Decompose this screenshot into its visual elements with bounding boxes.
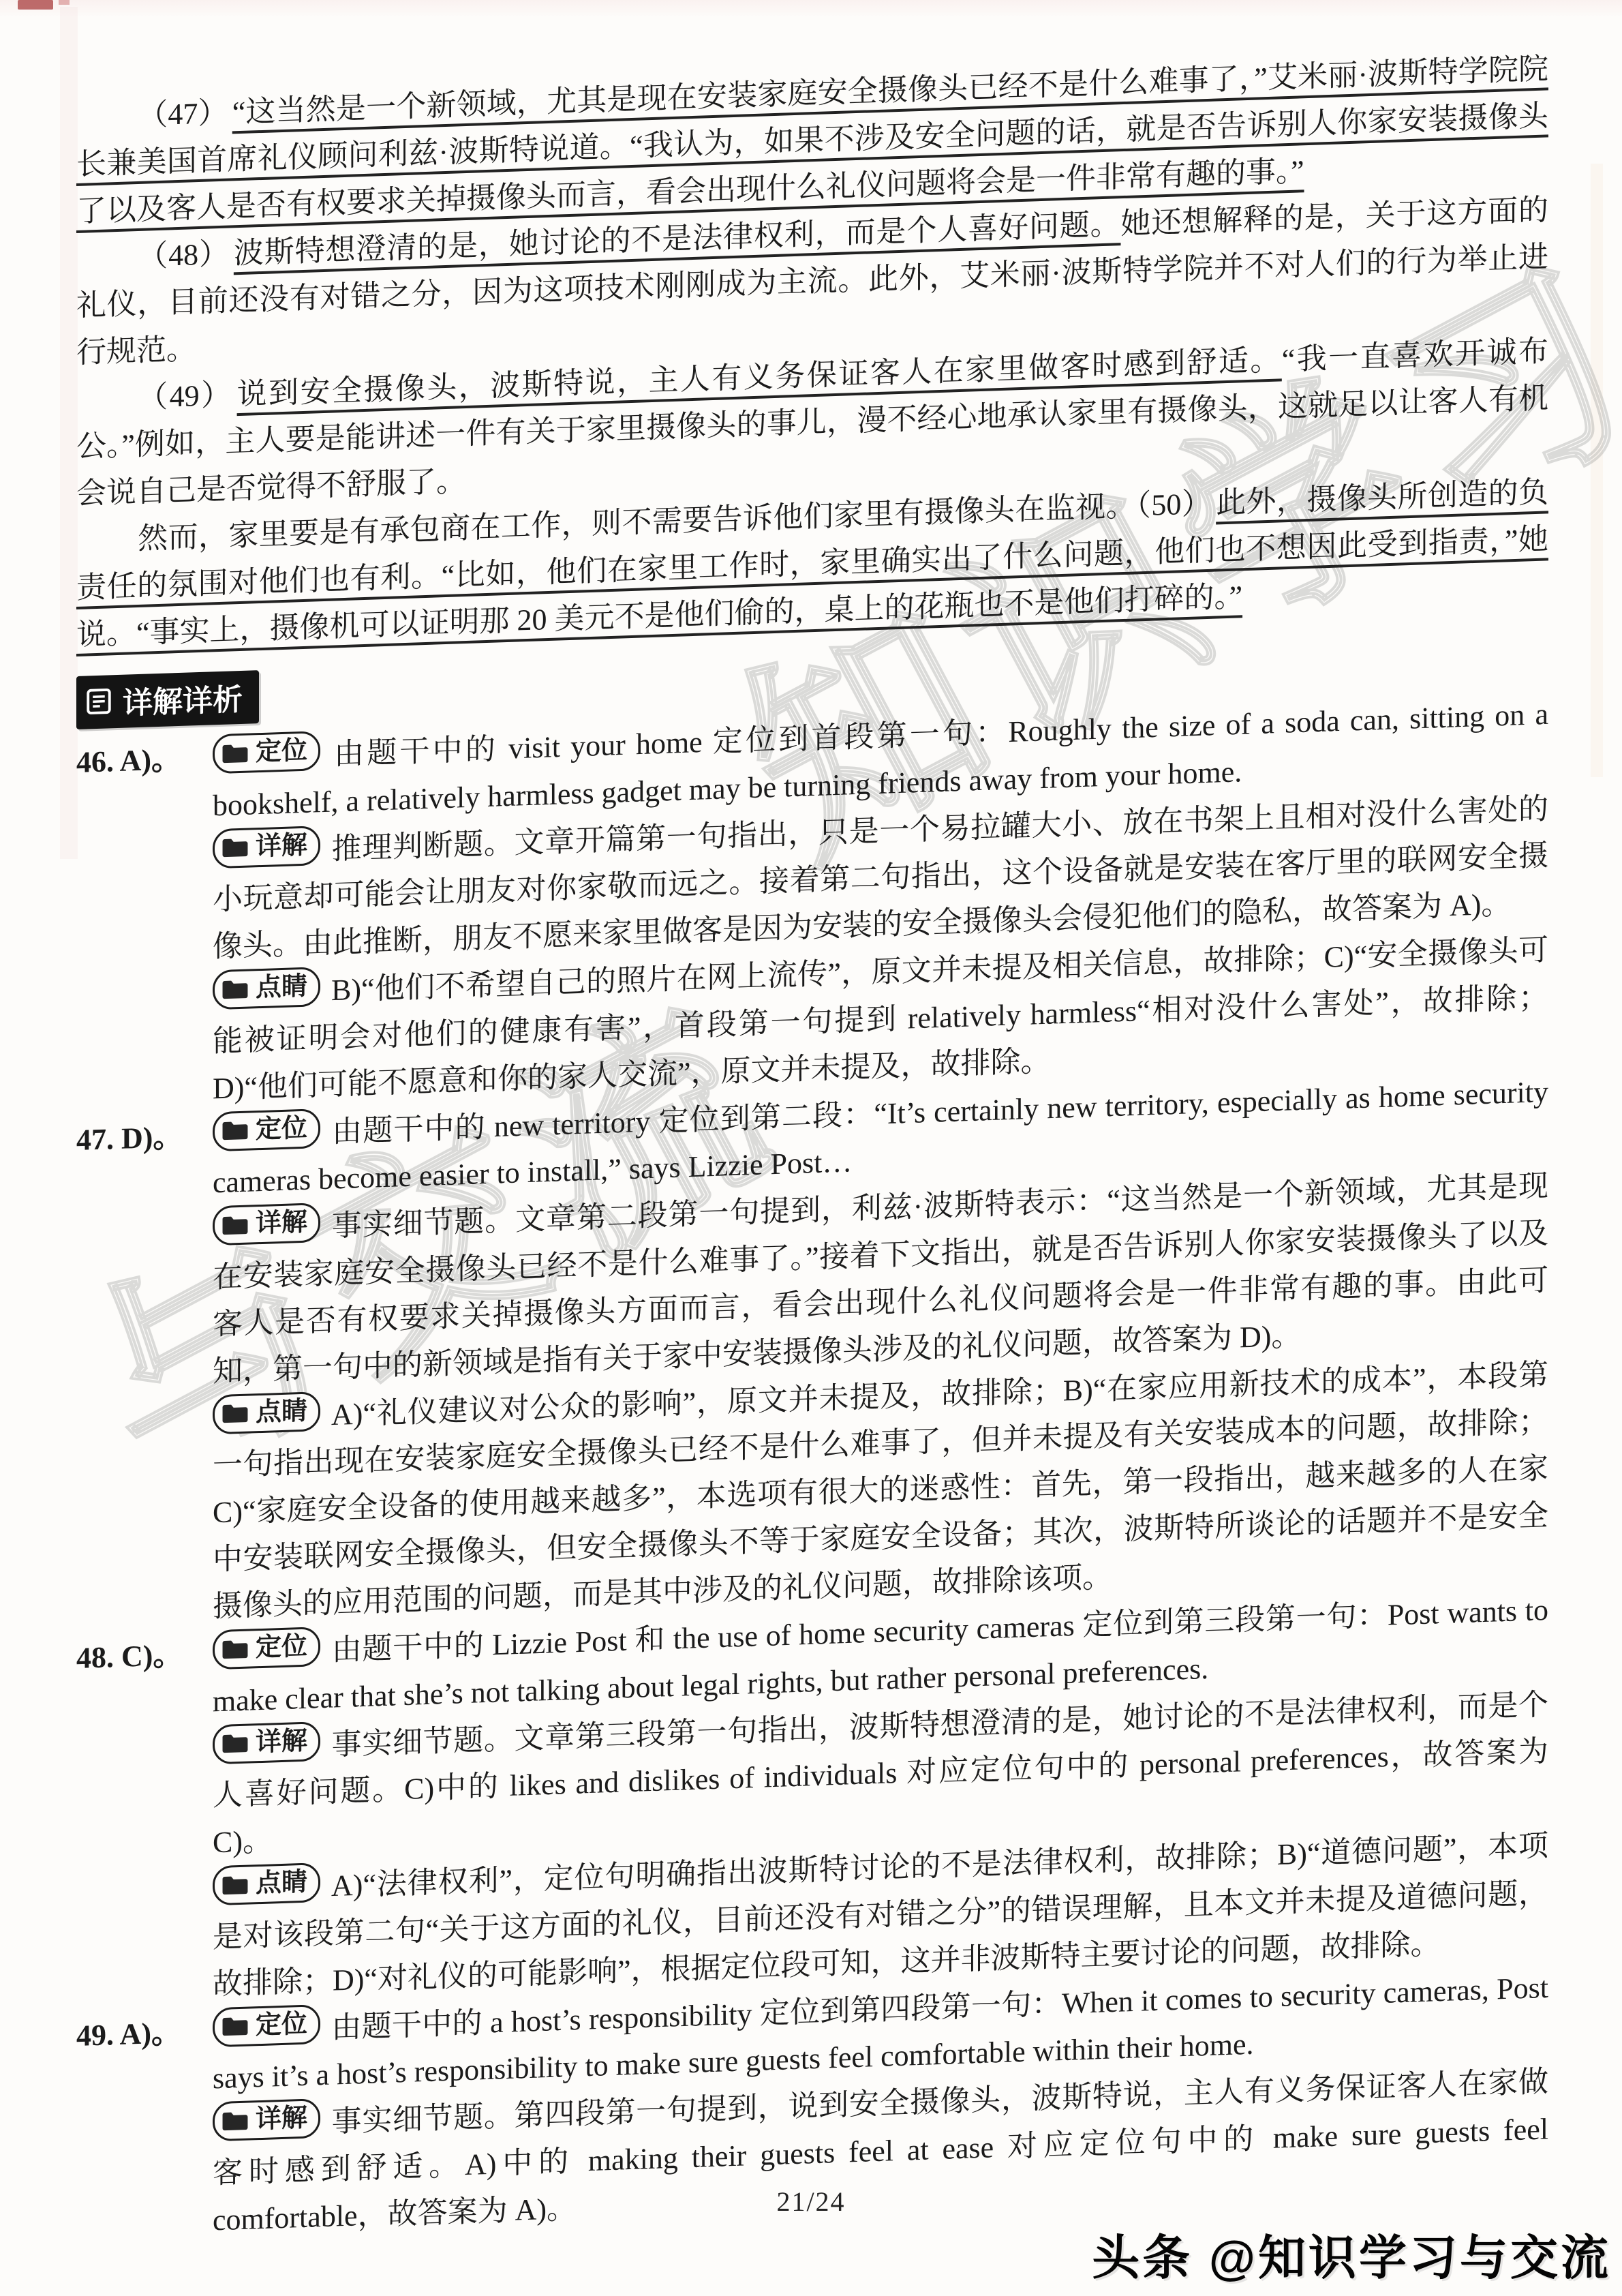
translation-section: （47）“这当然是一个新领域，尤其是现在安装家庭安全摄像头已经不是什么难事了，”… — [76, 45, 1548, 659]
folder-icon — [221, 836, 249, 858]
question-block-46: 46. A)。 定位由题干中的 visit your home 定位到首段第一句… — [76, 690, 1548, 1116]
scan-tint — [0, 0, 1622, 18]
question-number: 47. D)。 — [76, 1112, 213, 1635]
badge-label: 详解 — [256, 1723, 307, 1759]
detail-badge: 详解 — [213, 2098, 320, 2141]
tip-text: A)“礼仪建议对公众的影响”，原文并未提及，故排除；B)“在家应用新技术的成本”… — [213, 1357, 1548, 1623]
answer-key-header: 详解详析 — [76, 670, 259, 729]
question-block-47: 47. D)。 定位由题干中的 new territory 定位到第二段：“It… — [76, 1068, 1548, 1635]
scan-artifact-pink-strip-right — [1591, 164, 1603, 777]
tip-badge: 点睛 — [213, 1391, 320, 1434]
page-number: 21/24 — [0, 2186, 1622, 2218]
sentence-number-48: （48） — [138, 237, 234, 273]
answer-key-header-label: 详解详析 — [123, 675, 243, 723]
detail-badge: 详解 — [213, 1203, 320, 1245]
question-body: 定位由题干中的 visit your home 定位到首段第一句：Roughly… — [213, 690, 1548, 1112]
badge-label: 详解 — [256, 1205, 307, 1241]
tip-badge: 点睛 — [213, 1862, 320, 1905]
scan-artifact-red-small — [59, 0, 70, 5]
folder-icon — [221, 1873, 249, 1895]
badge-label: 定位 — [256, 2006, 307, 2042]
scan-artifact-pink-strip — [60, 7, 78, 859]
locate-badge: 定位 — [213, 1108, 320, 1151]
badge-label: 详解 — [256, 2101, 307, 2137]
detail-badge: 详解 — [213, 1721, 320, 1764]
locate-badge: 定位 — [213, 2004, 320, 2047]
folder-icon — [221, 978, 249, 999]
folder-icon — [221, 1732, 249, 1754]
folder-icon — [221, 2109, 249, 2131]
sentence-number-50: （50） — [1136, 487, 1216, 523]
folder-icon — [221, 742, 249, 764]
detail-text: 事实细节题。文章第二段第一句提到，利兹·波斯特表示：“这当然是一个新领域，尤其是… — [213, 1169, 1548, 1388]
question-body: 定位由题干中的 new territory 定位到第二段：“It’s certa… — [213, 1068, 1548, 1631]
question-number: 46. A)。 — [76, 734, 213, 1116]
locate-badge: 定位 — [213, 1627, 320, 1670]
badge-label: 点睛 — [256, 1393, 307, 1430]
footer-watermark: 头条 @知识学习与交流 — [1092, 2220, 1611, 2289]
folder-icon — [221, 1402, 249, 1424]
question-number: 48. C)。 — [76, 1630, 213, 2012]
tip-badge: 点睛 — [213, 967, 320, 1010]
sentence-number-49: （49） — [138, 378, 236, 414]
folder-icon — [221, 1119, 249, 1141]
sentence-number-47: （47） — [138, 95, 232, 132]
locate-badge: 定位 — [213, 731, 320, 774]
document-icon — [85, 686, 113, 716]
folder-icon — [221, 2015, 249, 2037]
folder-icon — [221, 1213, 249, 1235]
folder-icon — [221, 1637, 249, 1659]
badge-label: 定位 — [256, 734, 307, 770]
detail-badge: 详解 — [213, 826, 320, 868]
scan-artifact-red — [18, 0, 53, 10]
badge-label: 定位 — [256, 1629, 307, 1665]
badge-label: 点睛 — [256, 969, 307, 1006]
scanned-answer-page: 知识学习 与交流 （47）“这当然是一个新领域，尤其是现在安装家庭安全摄像头已经… — [0, 0, 1622, 2296]
scan-content: （47）“这当然是一个新领域，尤其是现在安装家庭安全摄像头已经不是什么难事了，”… — [76, 45, 1548, 2248]
tip-line: 点睛A)“礼仪建议对公众的影响”，原文并未提及，故排除；B)“在家应用新技术的成… — [213, 1350, 1548, 1631]
question-block-48: 48. C)。 定位由题干中的 Lizzie Post 和 the use of… — [76, 1586, 1548, 2012]
badge-label: 详解 — [256, 828, 307, 864]
badge-label: 点睛 — [256, 1865, 307, 1901]
badge-label: 定位 — [256, 1111, 307, 1147]
question-body: 定位由题干中的 Lizzie Post 和 the use of home se… — [213, 1586, 1548, 2008]
